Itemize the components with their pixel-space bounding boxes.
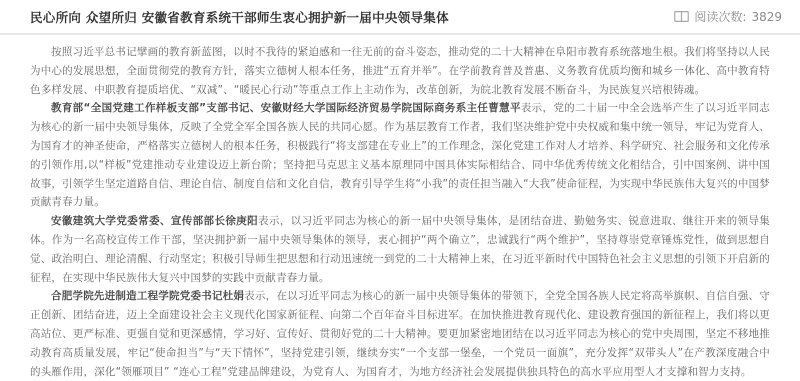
paragraph-text: 表示，党的二十届一中全会选举产生了以习近平同志为核心的新一届中央领导集体，反映了…: [30, 102, 770, 208]
paragraph: 安徽建筑大学党委常委、宣传部部长徐庚阳表示，以习近平同志为核心的新一届中央领导集…: [30, 212, 770, 287]
paragraph-text: 按照习近平总书记擘画的教育新蓝图，以时不我待的紧迫感和一往无前的奋斗姿态，推动党…: [30, 46, 770, 96]
article-page: 民心所向 众望所归 安徽省教育系统干部师生衷心拥护新一届中央领导集体 阅读次数:…: [0, 0, 800, 381]
read-count-value: 3829: [751, 10, 782, 24]
paragraph-lead: 安徽建筑大学党委常委、宣传部部长徐庚阳: [51, 215, 258, 227]
read-count: 阅读次数: 3829: [674, 8, 782, 25]
article-header: 民心所向 众望所归 安徽省教育系统干部师生衷心拥护新一届中央领导集体 阅读次数:…: [0, 0, 800, 35]
open-book-icon: [674, 10, 689, 23]
paragraph-lead: 合肥学院先进制造工程学院党委书记杜娟: [51, 290, 244, 302]
paragraph-lead: 教育部“全国党建工作样板支部”支部书记、安徽财经大学国际经济贸易学院国际商务系主…: [51, 102, 521, 114]
paragraph: 合肥学院先进制造工程学院党委书记杜娟表示，在以习近平同志为核心的新一届中央领导集…: [30, 287, 770, 381]
paragraph: 按照习近平总书记擘画的教育新蓝图，以时不我待的紧迫感和一往无前的奋斗姿态，推动党…: [30, 43, 770, 99]
paragraph-text: 表示，在以习近平同志为核心的新一届中央领导集体的带领下，全党全国各族人民定将高举…: [30, 290, 770, 377]
read-count-label: 阅读次数:: [694, 8, 746, 25]
article-title: 民心所向 众望所归 安徽省教育系统干部师生衷心拥护新一届中央领导集体: [30, 8, 449, 26]
article-body: 按照习近平总书记擘画的教育新蓝图，以时不我待的紧迫感和一往无前的奋斗姿态，推动党…: [0, 35, 800, 381]
paragraph: 教育部“全国党建工作样板支部”支部书记、安徽财经大学国际经济贸易学院国际商务系主…: [30, 99, 770, 212]
